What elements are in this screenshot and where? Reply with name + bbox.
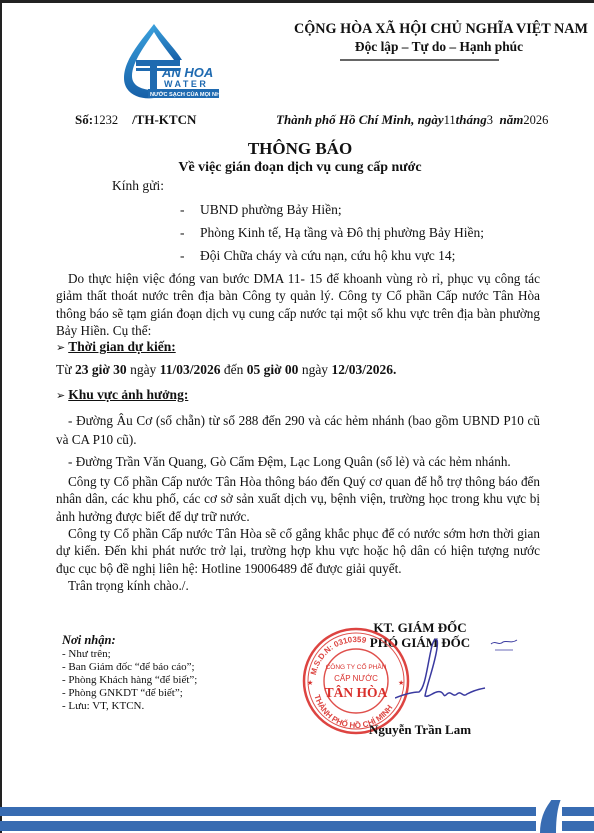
svg-text:NƯỚC SẠCH CỦA MỌI NHÀ: NƯỚC SẠCH CỦA MỌI NHÀ bbox=[150, 90, 220, 98]
document-title: THÔNG BÁO bbox=[0, 139, 594, 159]
svg-text:★: ★ bbox=[307, 679, 313, 687]
date-place: Thành phố Hồ Chí Minh, ngày bbox=[276, 112, 444, 127]
document-subtitle: Về việc gián đoạn dịch vụ cung cấp nước bbox=[0, 160, 594, 176]
national-title: CỘNG HÒA XÃ HỘI CHỦ NGHĨA VIỆT NAM bbox=[294, 21, 584, 38]
body-paragraph: Công ty Cổ phần Cấp nước Tân Hòa sẽ cố g… bbox=[56, 525, 540, 577]
svg-text:TÂN HÒA: TÂN HÒA bbox=[325, 685, 388, 700]
doc-number-suffix: /TH-KTCN bbox=[132, 112, 196, 127]
page-left-border bbox=[0, 0, 2, 833]
document-number: Số:1232/TH-KTCN bbox=[75, 112, 196, 128]
doc-number-label: Số: bbox=[75, 112, 93, 127]
tan-hoa-water-logo-icon: AN HOA WATER NƯỚC SẠCH CỦA MỌI NHÀ bbox=[110, 20, 220, 100]
receiver-item: - Như trên; bbox=[62, 648, 111, 660]
receiver-item: - Lưu: VT, KTCN. bbox=[62, 700, 144, 712]
time-range: Từ 23 giờ 30 ngày 11/03/2026 đến 05 giờ … bbox=[56, 362, 396, 378]
footer-blue-lines-decoration bbox=[0, 800, 594, 833]
time-section-heading: ➢Thời gian dự kiến: bbox=[56, 339, 176, 355]
date-year: 2026 bbox=[523, 113, 548, 127]
doc-number-value: 1232 bbox=[93, 113, 118, 127]
svg-text:AN HOA: AN HOA bbox=[161, 65, 213, 80]
arrow-bullet-icon: ➢ bbox=[56, 390, 65, 402]
national-motto: Độc lập – Tự do – Hạnh phúc bbox=[294, 39, 584, 55]
motto-underline bbox=[340, 59, 499, 61]
recipient-item: -Đội Chữa cháy và cứu nạn, cứu hộ khu vự… bbox=[180, 248, 455, 264]
receiver-item: - Ban Giám đốc “để báo cáo”; bbox=[62, 661, 195, 673]
area-item: - Đường Âu Cơ (số chẵn) từ số 288 đến 29… bbox=[56, 411, 540, 449]
date-day: 11 bbox=[444, 113, 456, 127]
area-section-heading: ➢Khu vực ảnh hưởng: bbox=[56, 387, 188, 403]
handwritten-signature-icon bbox=[395, 628, 525, 718]
date-month-label: tháng bbox=[456, 112, 487, 127]
receiver-item: - Phòng GNKDT “để biết”; bbox=[62, 687, 183, 699]
date-year-label: năm bbox=[500, 112, 524, 127]
receivers-title: Nơi nhận: bbox=[62, 633, 116, 648]
intro-paragraph: Do thực hiện việc đóng van bước DMA 11- … bbox=[56, 270, 540, 339]
svg-text:WATER: WATER bbox=[164, 79, 208, 89]
date-line: Thành phố Hồ Chí Minh, ngày11tháng3 năm2… bbox=[276, 112, 548, 128]
svg-text:CẤP NƯỚC: CẤP NƯỚC bbox=[334, 673, 378, 683]
page-top-border bbox=[0, 0, 594, 3]
arrow-bullet-icon: ➢ bbox=[56, 342, 65, 354]
closing-line: Trân trọng kính chào./. bbox=[56, 577, 540, 594]
date-month: 3 bbox=[487, 113, 493, 127]
signer-name: Nguyễn Trần Lam bbox=[340, 722, 500, 738]
receiver-item: - Phòng Khách hàng “để biết”; bbox=[62, 674, 197, 686]
body-paragraph: Công ty Cổ phần Cấp nước Tân Hòa thông b… bbox=[56, 473, 540, 525]
svg-text:CÔNG TY CỔ PHẦN: CÔNG TY CỔ PHẦN bbox=[326, 661, 387, 671]
greeting: Kính gửi: bbox=[112, 178, 164, 194]
area-item: - Đường Trần Văn Quang, Gò Cẩm Đệm, Lạc … bbox=[56, 453, 540, 470]
recipient-item: -Phòng Kinh tế, Hạ tầng và Đô thị phường… bbox=[180, 225, 484, 241]
recipient-item: -UBND phường Bảy Hiền; bbox=[180, 202, 342, 218]
